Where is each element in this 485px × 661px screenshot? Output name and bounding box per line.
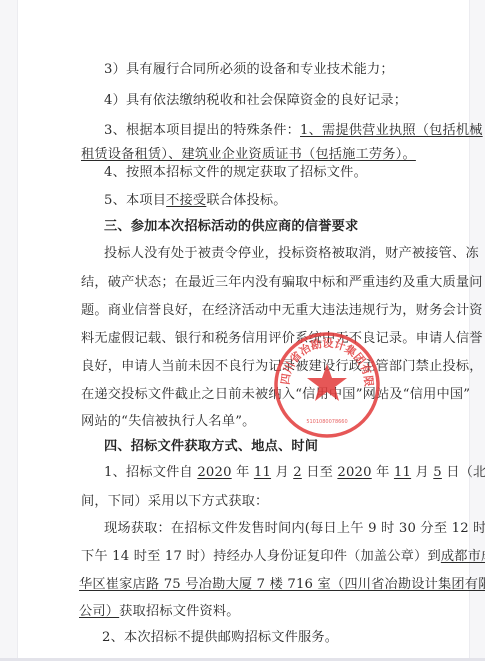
section-heading: 三、参加本次招标活动的供应商的信誉要求	[104, 219, 358, 235]
text-line: 下午 14 时至 17 时）持经办人身份证复印件（加盖公章）到成都市成	[81, 549, 485, 565]
text-span: 年	[232, 465, 254, 480]
text-span: 联合体投标。	[206, 193, 286, 208]
text-line: 结，破产状态；在最近三年内没有骗取中标和严重违约及重大质量问	[81, 275, 483, 291]
underlined-text: 成都市成	[441, 549, 485, 564]
text-span: 月	[411, 465, 433, 480]
underlined-month: 11	[394, 465, 411, 480]
text-line: 现场获取：在招标文件发售时间内(每日上午 9 时 30 分至 12 时，	[104, 521, 485, 537]
text-span: 下午 14 时至 17 时）持经办人身份证复印件（加盖公章）到	[81, 549, 441, 564]
text-line: 5、本项目不接受联合体投标。	[104, 193, 287, 209]
underlined-day: 2	[293, 465, 302, 480]
underlined-text: 不接受	[166, 193, 206, 208]
underlined-month: 11	[254, 465, 271, 480]
underlined-text: 1、需提供营业执照（包括机械	[300, 123, 483, 138]
underlined-text-line: 华区崔家店路 75 号冶勘大厦 7 楼 716 室（四川省冶勘设计集团有限	[79, 577, 485, 593]
text-span: 获取招标文件资料。	[119, 604, 240, 619]
text-line: 题。商业信誉良好，在经济活动中无重大违法违规行为，财务会计资	[81, 303, 483, 319]
section-heading: 四、招标文件获取方式、地点、时间	[104, 439, 318, 455]
text-line: 1、招标文件自 2020 年 11 月 2 日至 2020 年 11 月 5 日…	[104, 465, 485, 481]
text-span: 1、招标文件自	[104, 465, 197, 480]
text-line: 间，下同）采用以下方式获取：	[81, 494, 268, 510]
text-span: 日至	[302, 465, 338, 480]
underlined-year: 2020	[197, 465, 231, 480]
text-line: 公司）获取招标文件资料。	[79, 604, 240, 620]
text-line: 4）具有依法缴纳税收和社会保障资金的良好记录；	[104, 93, 407, 109]
text-line: 在递交投标文件截止之日前未被纳入“信用中国”网站及“信用中国”	[81, 387, 470, 403]
underlined-day: 5	[433, 465, 442, 480]
text-span: 日（北京时	[442, 465, 485, 480]
text-line: 3、根据本项目提出的特殊条件：1、需提供营业执照（包括机械	[104, 123, 483, 139]
text-span: 5、本项目	[104, 193, 166, 208]
text-line: 2、本次招标不提供邮购招标文件服务。	[102, 630, 338, 646]
text-line: 投标人没有处于被责令停业，投标资格被取消，财产被接管、冻	[104, 246, 479, 262]
text-line: 4、按照本招标文件的规定获取了招标文件。	[104, 165, 367, 181]
underlined-text: 公司）	[79, 604, 119, 619]
text-line: 料无虚假记载、银行和税务信用评价系统中无不良记录。申请人信誉	[81, 331, 483, 347]
text-span: 年	[372, 465, 394, 480]
underlined-text-line: 租赁设备租赁）、建筑业企业资质证书（包括施工劳务）。	[81, 147, 416, 163]
text-span: 月	[271, 465, 293, 480]
text-span: 3、根据本项目提出的特殊条件：	[104, 123, 300, 138]
text-line: 3）具有履行合同所必须的设备和专业技术能力；	[104, 62, 394, 78]
underlined-year: 2020	[337, 465, 371, 480]
text-line: 良好，申请人当前未因不良行为记录被建设行政主管部门禁止投标，	[81, 359, 483, 375]
text-line: 网站的“失信被执行人名单”。	[81, 414, 256, 430]
